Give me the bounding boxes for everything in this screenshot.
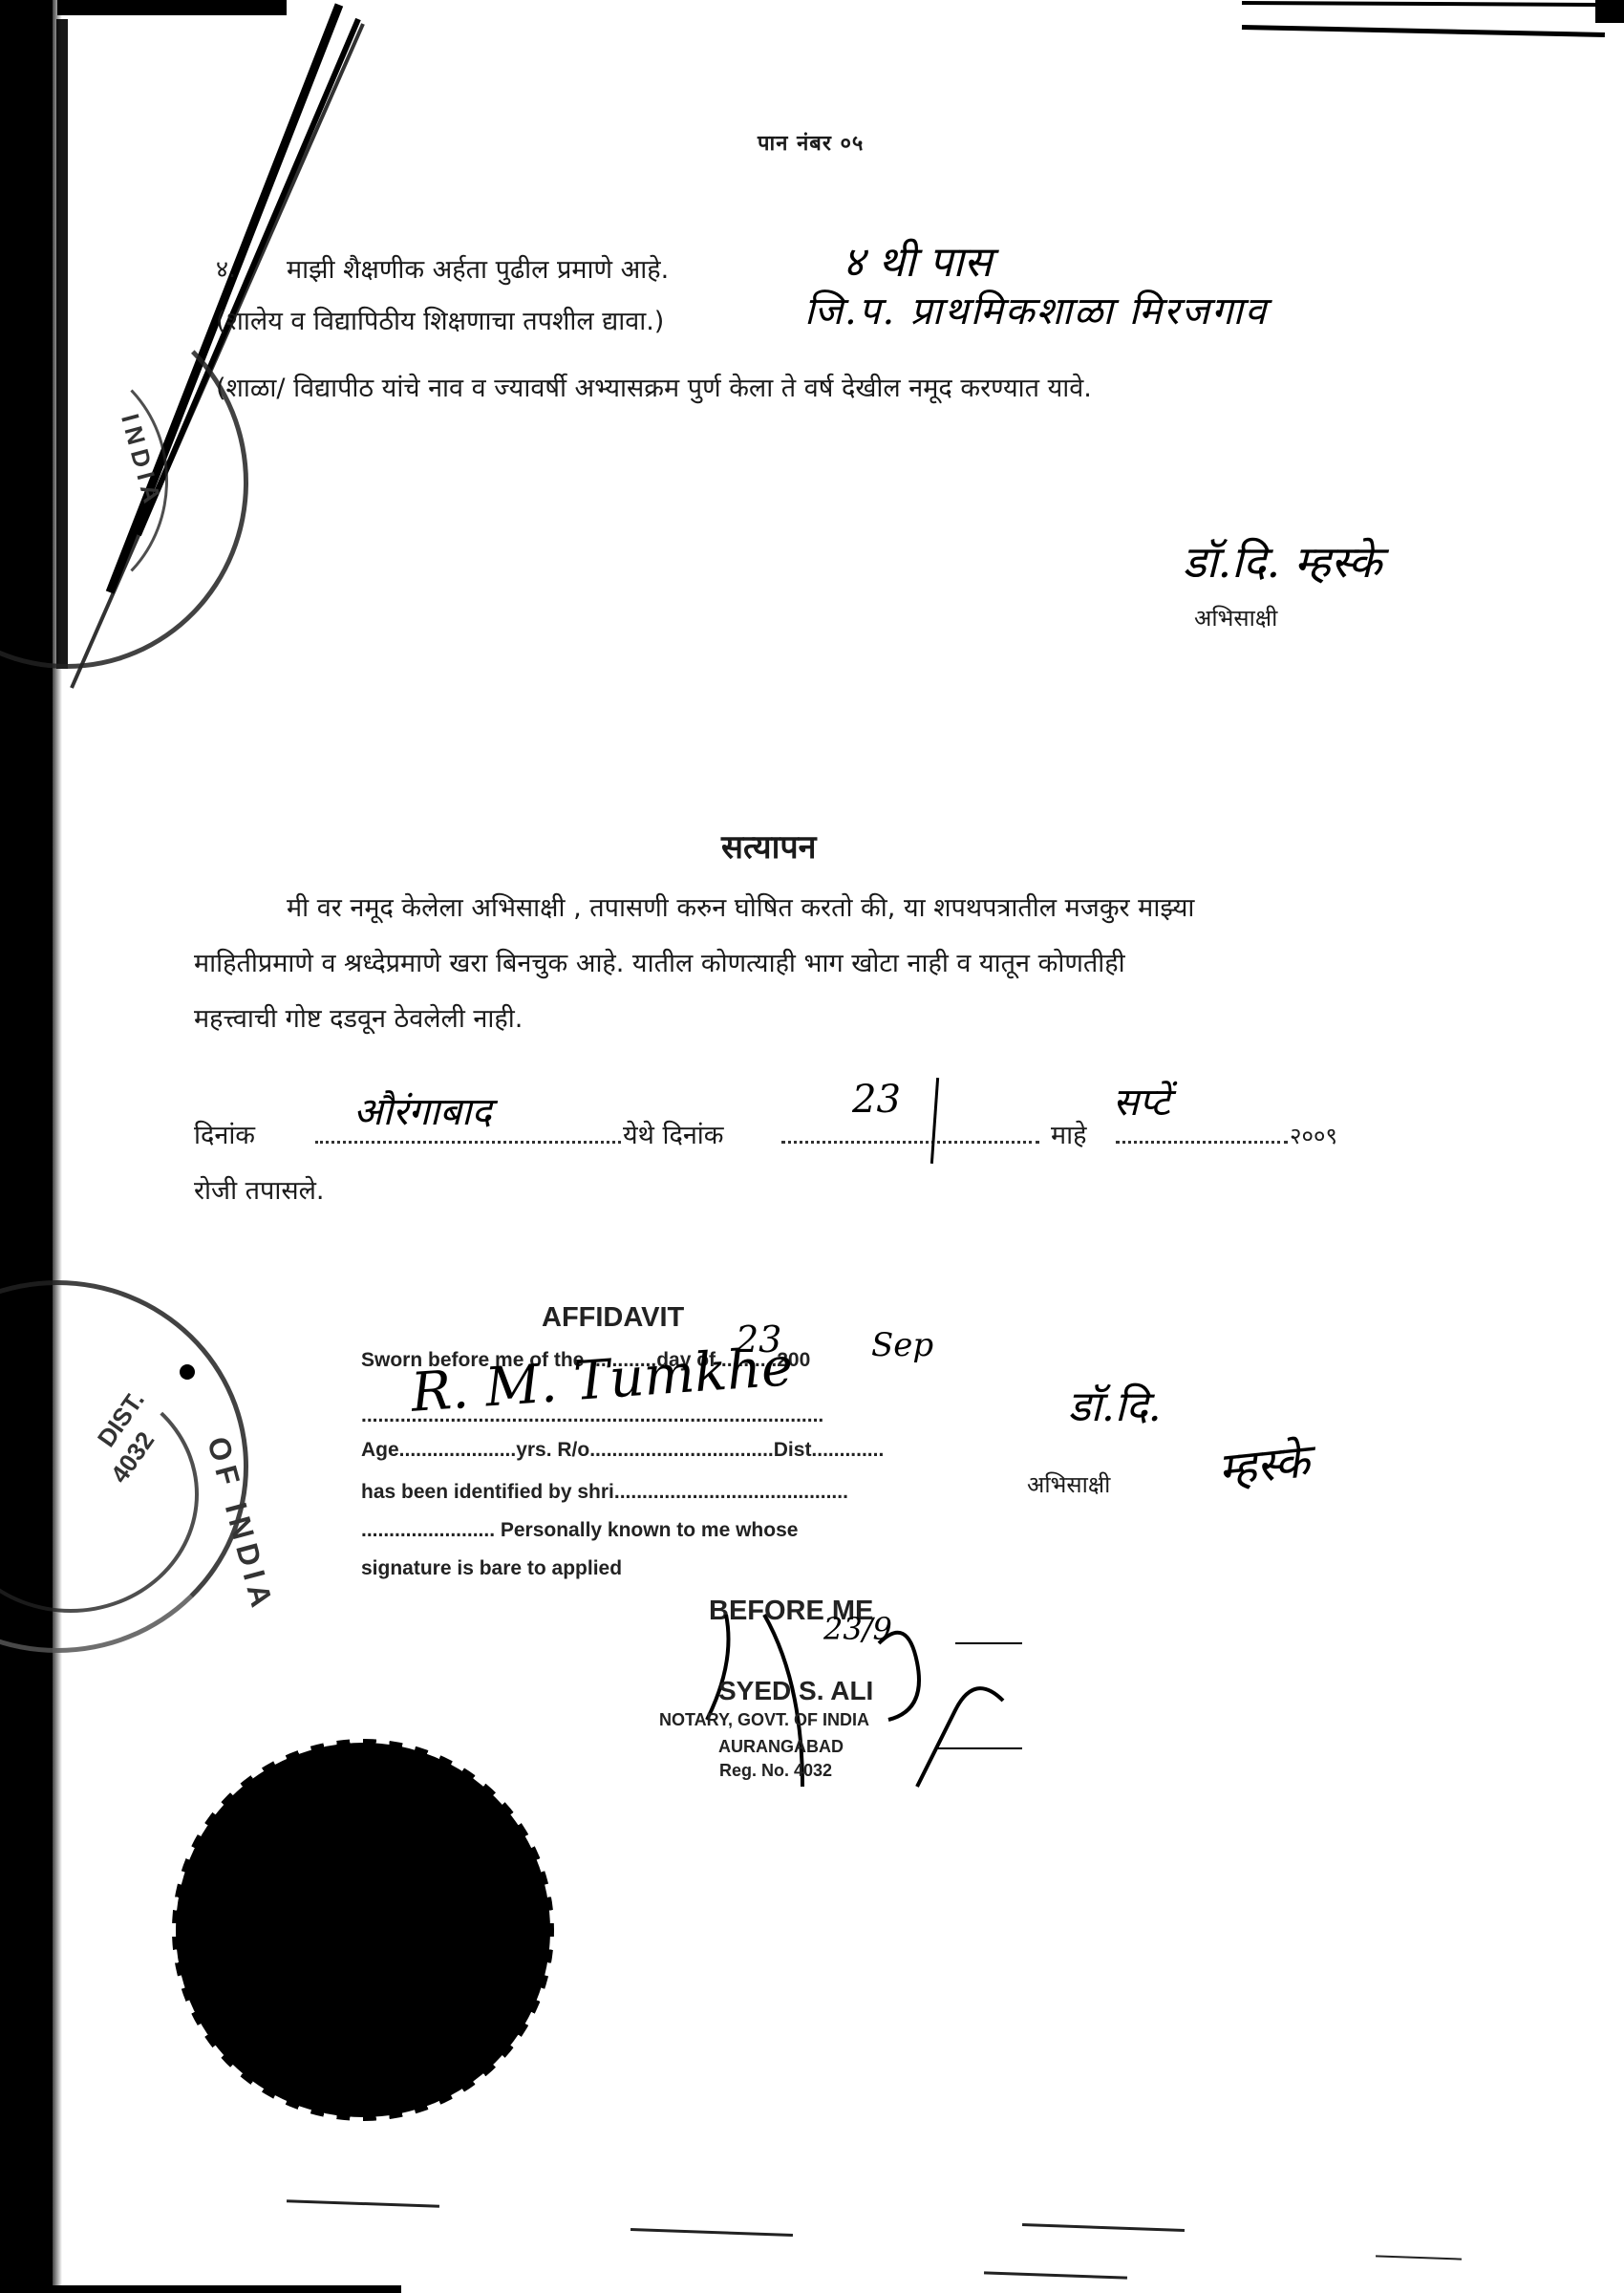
place-day-label: येथे दिनांक bbox=[623, 1116, 724, 1151]
education-instruction-detail: (शाळा/ विद्यापीठ यांचे नाव व ज्यावर्षी अ… bbox=[216, 369, 1092, 404]
stamp-dot-icon bbox=[180, 1364, 195, 1380]
day-blank bbox=[781, 1141, 1039, 1144]
deponent-label: अभिसाक्षी bbox=[1194, 602, 1277, 633]
item-number: ४. bbox=[216, 252, 236, 285]
verification-text-line: मी वर नमूद केलेला अभिसाक्षी , तपासणी करु… bbox=[287, 889, 1194, 924]
notary-city: AURANGABAD bbox=[718, 1737, 844, 1757]
deponent-label: अभिसाक्षी bbox=[1027, 1468, 1110, 1500]
education-statement: माझी शैक्षणीक अर्हता पुढील प्रमाणे आहे. bbox=[287, 250, 669, 286]
scan-top-corner bbox=[1595, 0, 1624, 23]
deponent-signature-initials: डॉ.दि. bbox=[1068, 1376, 1162, 1433]
scan-bottom-edge bbox=[0, 2285, 401, 2293]
notary-registration: Reg. No. 4032 bbox=[719, 1761, 832, 1781]
handwritten-day: 23 bbox=[852, 1078, 901, 1122]
deponent-signature: डॉ.दि. म्हस्के bbox=[1183, 531, 1381, 590]
scan-smudge bbox=[1376, 2255, 1462, 2260]
scan-top-streak bbox=[1242, 1, 1605, 7]
affidavit-identified-line: has been identified by shri.............… bbox=[361, 1481, 848, 1504]
month-blank bbox=[1116, 1141, 1288, 1144]
affidavit-title: AFFIDAVIT bbox=[542, 1302, 684, 1334]
deponent-signature-surname: म्हस्के bbox=[1215, 1428, 1313, 1500]
scan-smudge bbox=[1022, 2223, 1185, 2232]
verification-title: सत्यापन bbox=[721, 824, 817, 868]
handwritten-affidavit-day: 23 bbox=[736, 1318, 781, 1361]
notary-name: SYED S. ALI bbox=[718, 1676, 873, 1706]
verification-text-line: महत्त्वाची गोष्ट दडवून ठेवलेली नाही. bbox=[194, 999, 523, 1035]
handwritten-affidavit-month: Sep bbox=[871, 1326, 933, 1364]
affidavit-signature-line: signature is bare to applied bbox=[361, 1557, 622, 1580]
scan-top-streak bbox=[1242, 25, 1605, 37]
handwritten-place: औरंगाबाद bbox=[353, 1083, 492, 1136]
date-label: दिनांक bbox=[194, 1116, 255, 1151]
affidavit-age-line: Age.....................yrs. R/o........… bbox=[361, 1439, 884, 1462]
handwritten-qualification: ४ थी पास bbox=[843, 231, 993, 289]
scan-smudge bbox=[287, 2199, 439, 2208]
place-blank bbox=[315, 1141, 621, 1144]
handwritten-school-name: जि.प. प्राथमिकशाळा मिरजगाव bbox=[804, 283, 1268, 335]
scan-smudge bbox=[984, 2271, 1127, 2279]
month-label: माहे bbox=[1051, 1116, 1086, 1151]
page-number: पान नंबर ०५ bbox=[758, 128, 864, 157]
handwritten-stroke bbox=[930, 1078, 939, 1164]
verification-text-line: माहितीप्रमाणे व श्रध्देप्रमाणे खरा बिनचु… bbox=[194, 944, 1125, 979]
handwritten-month: सप्टें bbox=[1113, 1074, 1170, 1126]
notary-title: NOTARY, GOVT. OF INDIA bbox=[659, 1710, 869, 1730]
embossed-seal-icon bbox=[182, 1748, 545, 2111]
scan-smudge bbox=[630, 2228, 793, 2237]
year-text: २००९ bbox=[1290, 1120, 1337, 1151]
checked-on-label: रोजी तपासले. bbox=[194, 1171, 325, 1207]
affidavit-known-line: ........................ Personally know… bbox=[361, 1519, 798, 1542]
education-instruction: (शालेय व विद्यापिठीय शिक्षणाचा तपशील द्य… bbox=[216, 302, 664, 337]
